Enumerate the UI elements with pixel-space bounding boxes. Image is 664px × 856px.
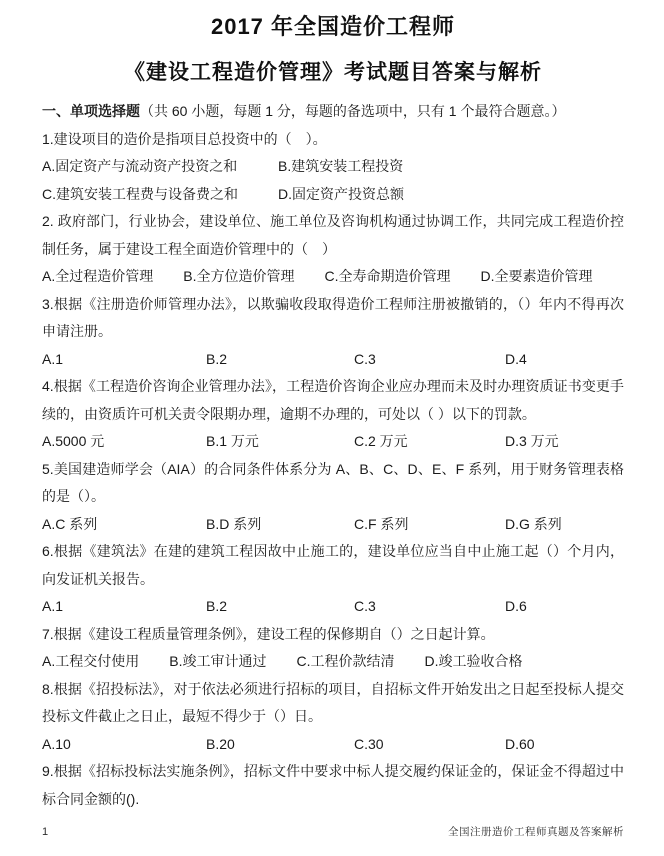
- section-heading-rest: （共 60 小题，每题 1 分，每题的备选项中，只有 1 个最符合题意。）: [140, 103, 565, 119]
- question-8-option-b: B.20: [206, 731, 354, 759]
- question-3-stem: 3.根据《注册造价师管理办法》，以欺骗收段取得造价工程师注册被撤销的，（）年内不…: [42, 291, 624, 346]
- question-6: 6.根据《建筑法》在建的建筑工程因故中止施工的，建设单位应当自中止施工起（）个月…: [42, 538, 624, 621]
- question-9: 9.根据《招标投标法实施条例》，招标文件中要求中标人提交履约保证金的，保证金不得…: [42, 758, 624, 813]
- question-6-option-b: B.2: [206, 593, 354, 621]
- question-7-option-d: D.竣工验收合格: [424, 648, 522, 676]
- document-subtitle: 《建设工程造价管理》考试题目答案与解析: [42, 58, 624, 88]
- question-3-option-a: A.1: [42, 346, 206, 374]
- question-4-option-a: A.5000 元: [42, 428, 206, 456]
- question-5-option-a: A.C 系列: [42, 511, 206, 539]
- question-2-option-c: C.全寿命期造价管理: [324, 263, 450, 291]
- section-heading: 一、单项选择题（共 60 小题，每题 1 分，每题的备选项中，只有 1 个最符合…: [42, 98, 624, 126]
- question-4: 4.根据《工程造价咨询企业管理办法》，工程造价咨询企业应办理而未及时办理资质证书…: [42, 373, 624, 456]
- question-6-stem: 6.根据《建筑法》在建的建筑工程因故中止施工的，建设单位应当自中止施工起（）个月…: [42, 538, 624, 593]
- question-6-option-d: D.6: [505, 593, 624, 621]
- question-2-option-b: B.全方位造价管理: [183, 263, 294, 291]
- question-2-option-d: D.全要素造价管理: [480, 263, 592, 291]
- question-4-stem: 4.根据《工程造价咨询企业管理办法》，工程造价咨询企业应办理而未及时办理资质证书…: [42, 373, 624, 428]
- question-4-option-d: D.3 万元: [505, 428, 624, 456]
- question-4-option-c: C.2 万元: [354, 428, 505, 456]
- question-2: 2. 政府部门，行业协会，建设单位、施工单位及咨询机构通过协调工作，共同完成工程…: [42, 208, 624, 291]
- question-5-stem: 5.美国建造师学会（AIA）的合同条件体系分为 A、B、C、D、E、F 系列，用…: [42, 456, 624, 511]
- question-3-options: A.1B.2C.3D.4: [42, 346, 624, 374]
- question-7-option-c: C.工程价款结清: [296, 648, 394, 676]
- question-7-option-a: A.工程交付使用: [42, 648, 139, 676]
- page-number: 1: [42, 826, 48, 838]
- question-3-option-b: B.2: [206, 346, 354, 374]
- question-5: 5.美国建造师学会（AIA）的合同条件体系分为 A、B、C、D、E、F 系列，用…: [42, 456, 624, 539]
- footer-text: 全国注册造价工程师真题及答案解析: [448, 824, 624, 839]
- questions-list: 1.建设项目的造价是指项目总投资中的（ ）。A.固定资产与流动资产投资之和B.建…: [42, 126, 624, 814]
- question-3-option-d: D.4: [505, 346, 624, 374]
- question-5-option-b: B.D 系列: [206, 511, 354, 539]
- question-1-option-a: A.固定资产与流动资产投资之和: [42, 153, 278, 181]
- question-1-options: A.固定资产与流动资产投资之和B.建筑安装工程投资C.建筑安装工程费与设备费之和…: [42, 153, 624, 208]
- question-7-options: A.工程交付使用B.竣工审计通过C.工程价款结清D.竣工验收合格: [42, 648, 624, 676]
- section-heading-bold: 一、单项选择题: [42, 103, 140, 119]
- question-6-options: A.1B.2C.3D.6: [42, 593, 624, 621]
- question-2-stem: 2. 政府部门，行业协会，建设单位、施工单位及咨询机构通过协调工作，共同完成工程…: [42, 208, 624, 263]
- question-8-stem: 8.根据《招投标法》，对于依法必须进行招标的项目，自招标文件开始发出之日起至投标…: [42, 676, 624, 731]
- document-page: 2017 年全国造价工程师 《建设工程造价管理》考试题目答案与解析 一、单项选择…: [0, 0, 664, 856]
- question-9-stem: 9.根据《招标投标法实施条例》，招标文件中要求中标人提交履约保证金的，保证金不得…: [42, 758, 624, 813]
- question-8-option-c: C.30: [354, 731, 505, 759]
- question-1-stem: 1.建设项目的造价是指项目总投资中的（ ）。: [42, 126, 624, 154]
- question-7: 7.根据《建设工程质量管理条例》，建设工程的保修期自（）之日起计算。A.工程交付…: [42, 621, 624, 676]
- question-5-options: A.C 系列B.D 系列C.F 系列D.G 系列: [42, 511, 624, 539]
- question-6-option-c: C.3: [354, 593, 505, 621]
- question-1: 1.建设项目的造价是指项目总投资中的（ ）。A.固定资产与流动资产投资之和B.建…: [42, 126, 624, 209]
- question-7-stem: 7.根据《建设工程质量管理条例》，建设工程的保修期自（）之日起计算。: [42, 621, 624, 649]
- question-6-option-a: A.1: [42, 593, 206, 621]
- question-5-option-c: C.F 系列: [354, 511, 505, 539]
- page-footer: 1 全国注册造价工程师真题及答案解析: [42, 824, 624, 839]
- document-title: 2017 年全国造价工程师: [42, 12, 624, 42]
- question-7-option-b: B.竣工审计通过: [169, 648, 266, 676]
- question-4-options: A.5000 元B.1 万元C.2 万元D.3 万元: [42, 428, 624, 456]
- question-5-option-d: D.G 系列: [505, 511, 624, 539]
- question-2-options: A.全过程造价管理B.全方位造价管理C.全寿命期造价管理D.全要素造价管理: [42, 263, 624, 291]
- question-8-options: A.10B.20C.30D.60: [42, 731, 624, 759]
- question-1-option-b: B.建筑安装工程投资: [278, 153, 624, 181]
- question-1-option-c: C.建筑安装工程费与设备费之和: [42, 181, 278, 209]
- question-4-option-b: B.1 万元: [206, 428, 354, 456]
- question-8-option-d: D.60: [505, 731, 624, 759]
- question-3: 3.根据《注册造价师管理办法》，以欺骗收段取得造价工程师注册被撤销的，（）年内不…: [42, 291, 624, 374]
- question-8-option-a: A.10: [42, 731, 206, 759]
- question-8: 8.根据《招投标法》，对于依法必须进行招标的项目，自招标文件开始发出之日起至投标…: [42, 676, 624, 759]
- question-2-option-a: A.全过程造价管理: [42, 263, 153, 291]
- question-1-option-d: D.固定资产投资总额: [278, 181, 624, 209]
- question-3-option-c: C.3: [354, 346, 505, 374]
